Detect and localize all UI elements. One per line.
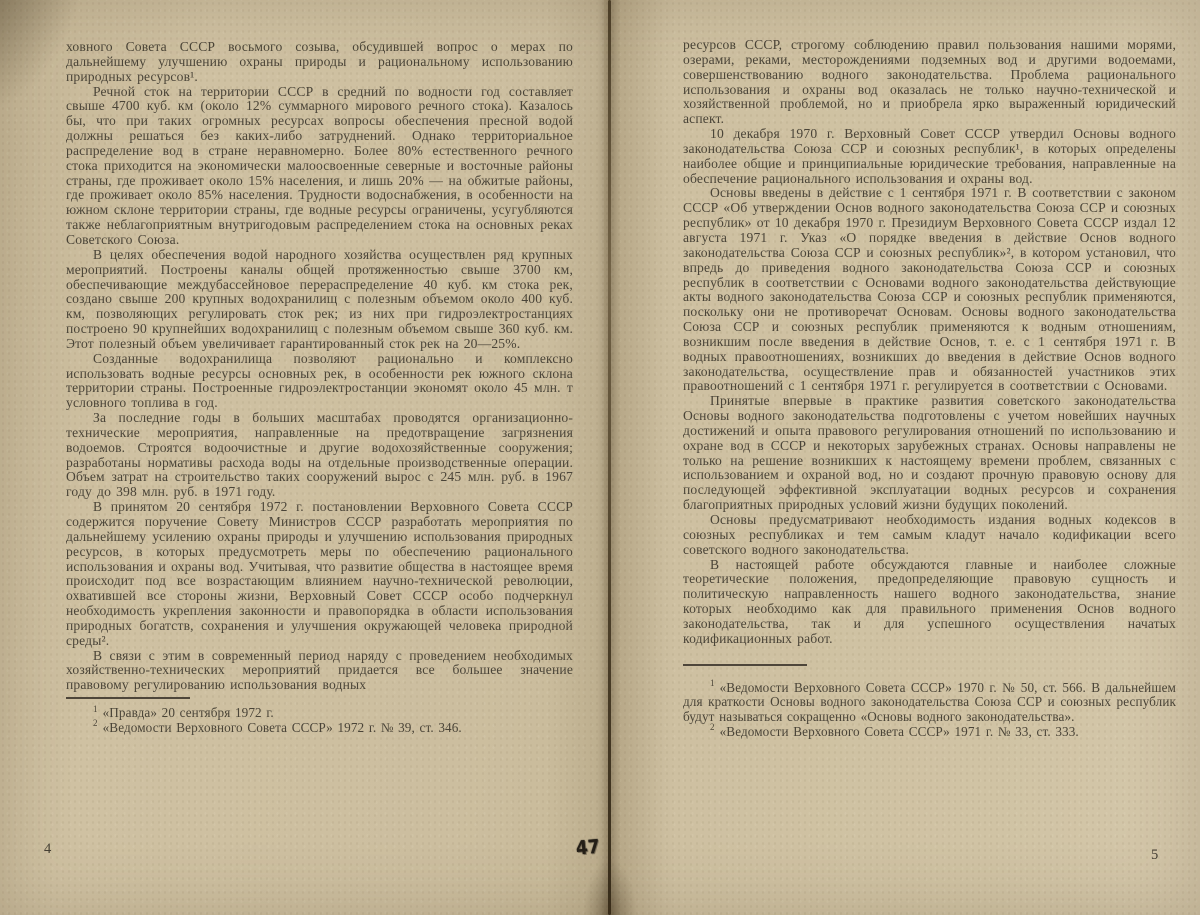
footnote-marker: 1 bbox=[93, 704, 98, 714]
right-page-text-column: ресурсов СССР, строгому соблюдению прави… bbox=[683, 38, 1176, 739]
body-paragraph: Основы предусматривают необходимость изд… bbox=[683, 513, 1176, 558]
footnote: 2«Ведомости Верховного Совета СССР» 1972… bbox=[66, 721, 573, 736]
footnote: 1«Правда» 20 сентября 1972 г. bbox=[66, 706, 573, 721]
footnote-rule bbox=[66, 697, 190, 699]
ink-stain-mark: 47 bbox=[575, 836, 601, 860]
page-number-right: 5 bbox=[1151, 847, 1158, 864]
body-paragraph: Созданные водохранилища позволяют рацион… bbox=[66, 352, 573, 411]
book-spread: ховного Совета СССР восьмого созыва, обс… bbox=[0, 0, 1200, 915]
footnote-text: «Ведомости Верховного Совета СССР» 1972 … bbox=[103, 720, 462, 735]
footnote-marker: 2 bbox=[710, 722, 715, 732]
body-paragraph: Принятые впервые в практике развития сов… bbox=[683, 394, 1176, 513]
page-number-left: 4 bbox=[44, 841, 51, 858]
spine-crease bbox=[608, 0, 611, 915]
body-paragraph: За последние годы в больших масштабах пр… bbox=[66, 411, 573, 500]
footnote-marker: 2 bbox=[93, 718, 98, 728]
footnote-marker: 1 bbox=[710, 678, 715, 688]
body-paragraph: Основы введены в действие с 1 сентября 1… bbox=[683, 186, 1176, 394]
body-paragraph: Речной сток на территории СССР в средний… bbox=[66, 85, 573, 248]
body-paragraph: В связи с этим в современный период наря… bbox=[66, 649, 573, 694]
body-paragraph: ресурсов СССР, строгому соблюдению прави… bbox=[683, 38, 1176, 127]
body-paragraph: 10 декабря 1970 г. Верховный Совет СССР … bbox=[683, 127, 1176, 186]
footnote-rule bbox=[683, 664, 807, 666]
body-paragraph: В принятом 20 сентября 1972 г. постановл… bbox=[66, 500, 573, 648]
footnote-text: «Правда» 20 сентября 1972 г. bbox=[103, 705, 274, 720]
footnote: 1«Ведомости Верховного Совета СССР» 1970… bbox=[683, 681, 1176, 725]
body-paragraph: В целях обеспечения водой народного хозя… bbox=[66, 248, 573, 352]
body-paragraph: ховного Совета СССР восьмого созыва, обс… bbox=[66, 40, 573, 85]
footnote: 2«Ведомости Верховного Совета СССР» 1971… bbox=[683, 725, 1176, 740]
footnote-text: «Ведомости Верховного Совета СССР» 1971 … bbox=[720, 724, 1079, 739]
left-page: ховного Совета СССР восьмого созыва, обс… bbox=[0, 0, 604, 915]
left-page-text-column: ховного Совета СССР восьмого созыва, обс… bbox=[66, 40, 573, 736]
body-paragraph: В настоящей работе обсуждаются главные и… bbox=[683, 558, 1176, 647]
spine-bottom-shadow bbox=[583, 858, 637, 915]
footnote-text: «Ведомости Верховного Совета СССР» 1970 … bbox=[683, 680, 1176, 724]
right-page: ресурсов СССР, строгому соблюдению прави… bbox=[604, 0, 1200, 915]
